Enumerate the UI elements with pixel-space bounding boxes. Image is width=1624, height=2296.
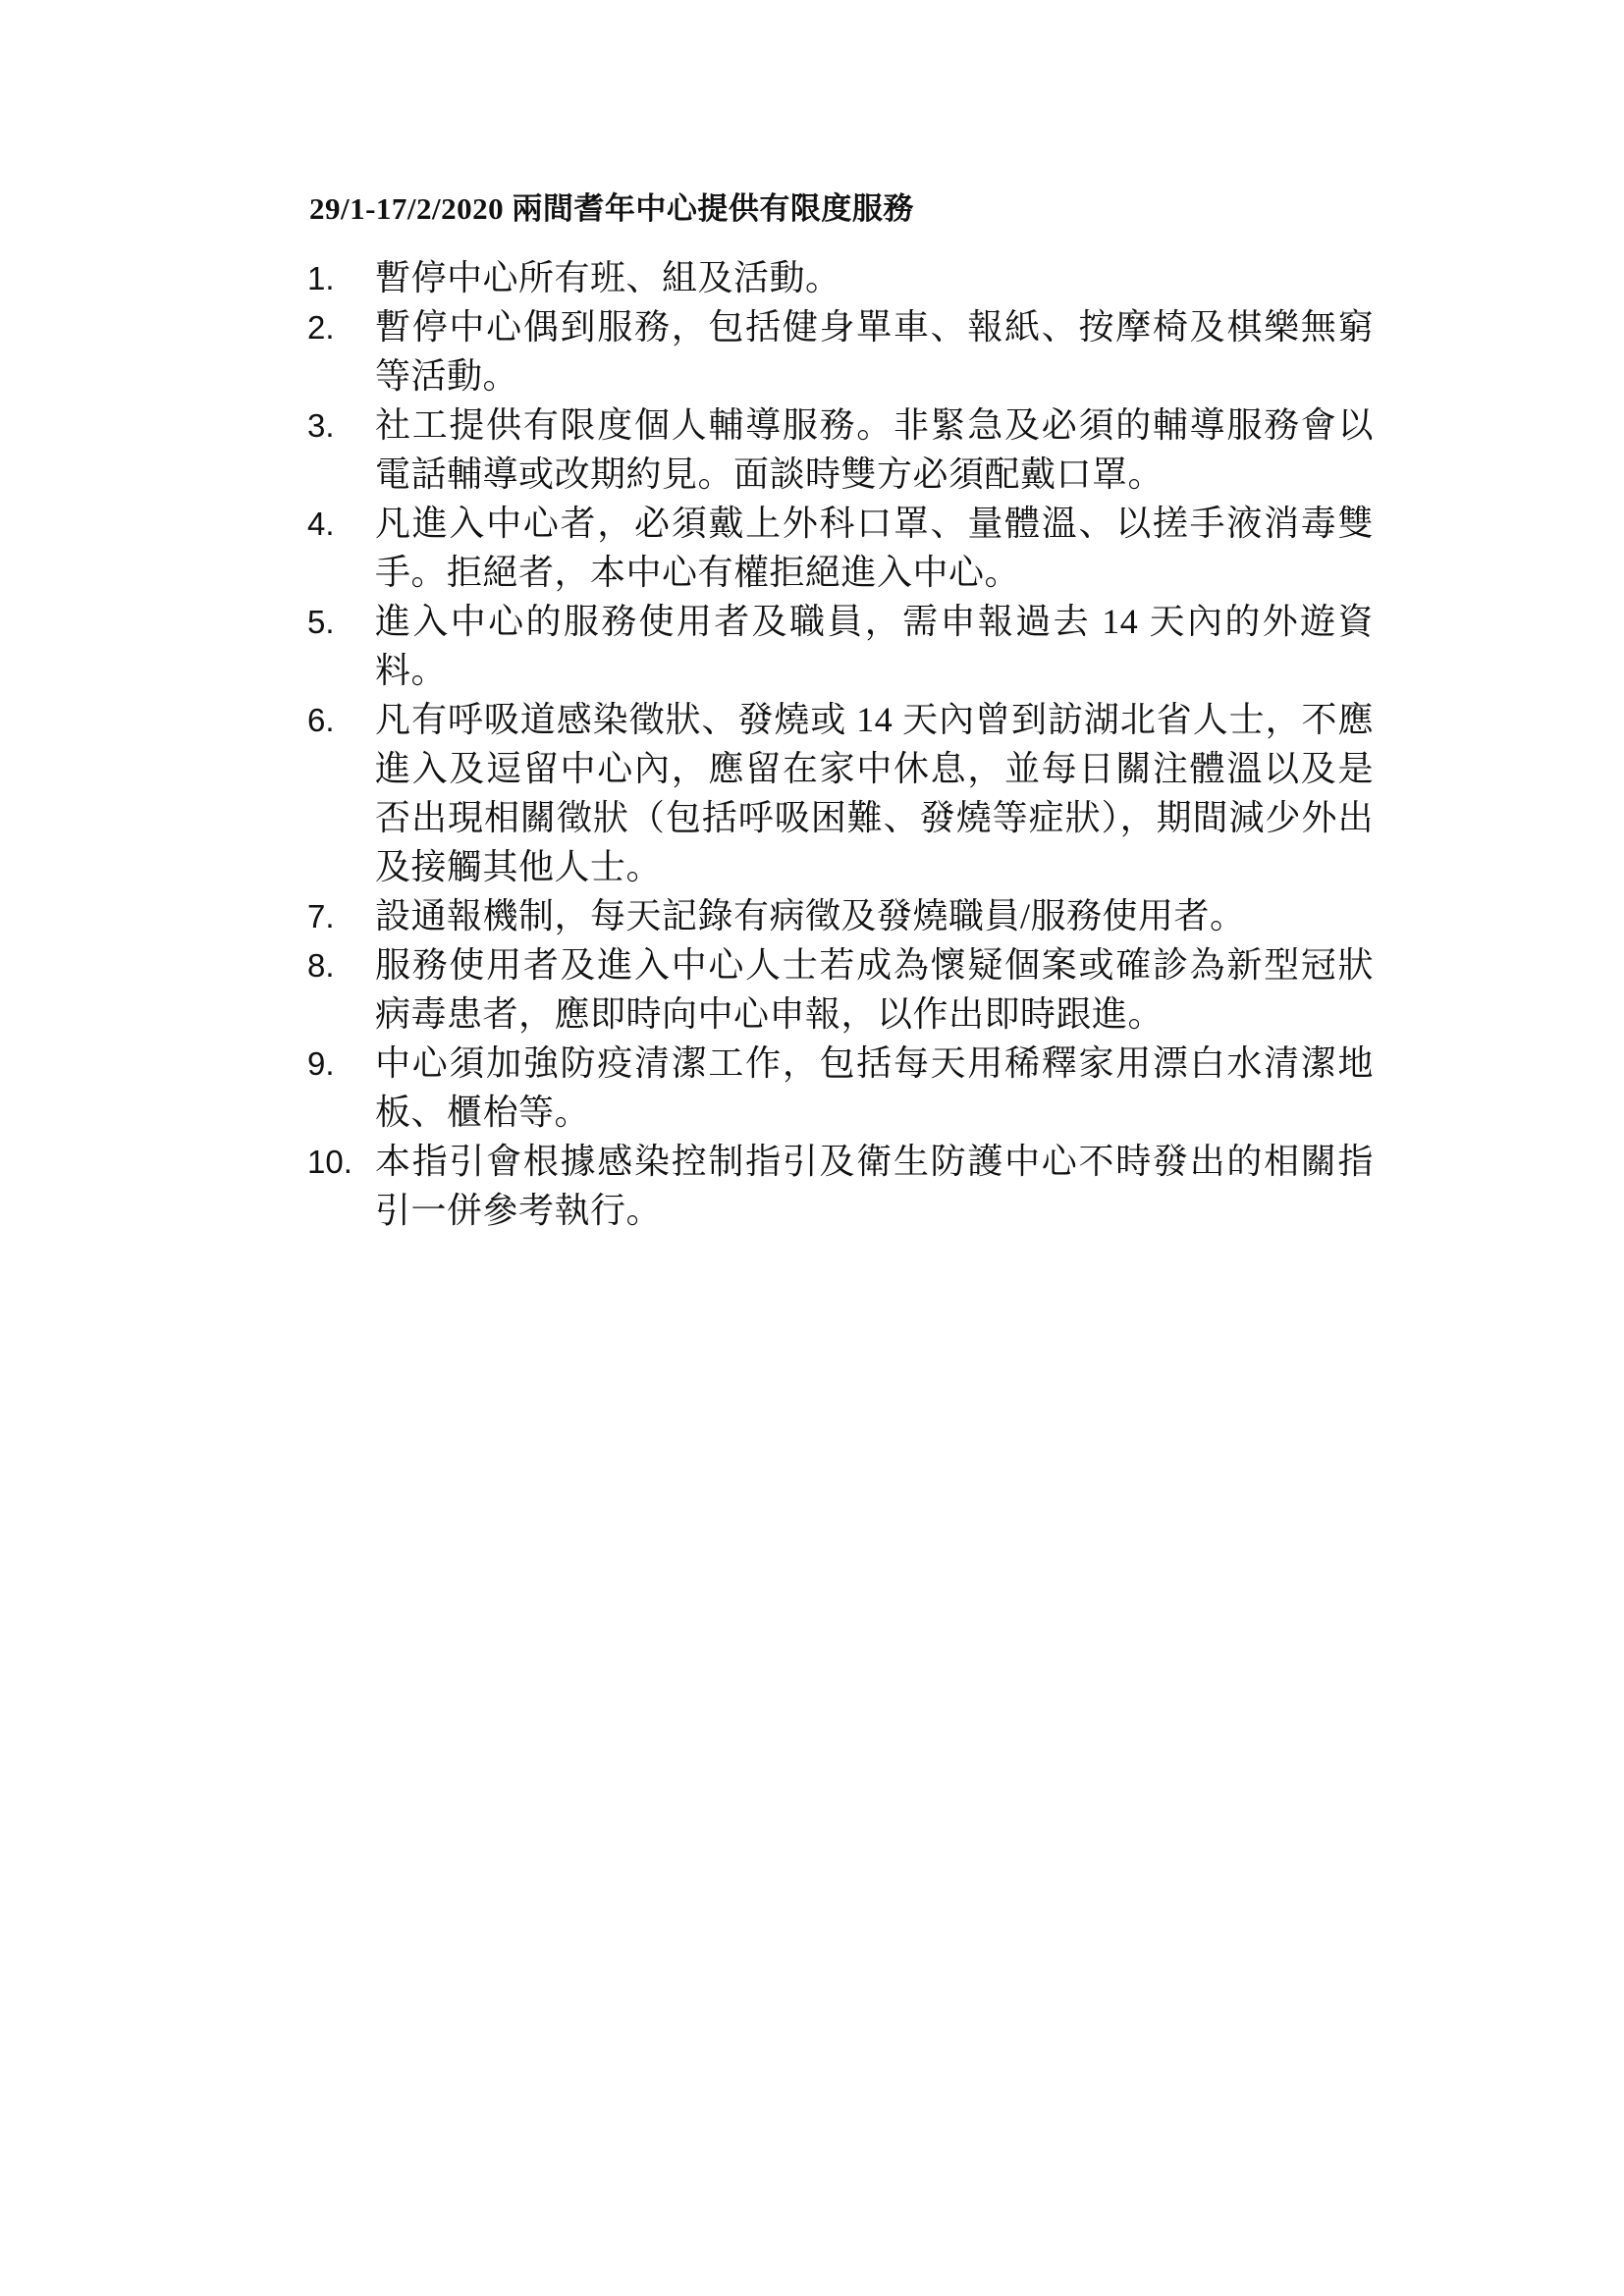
list-item: 5. 進入中心的服務使用者及職員，需申報過去 14 天內的外遊資料。 <box>307 597 1374 695</box>
document-title: 29/1-17/2/2020 兩間耆年中心提供有限度服務 <box>309 187 1374 232</box>
list-item-text: 暫停中心所有班、組及活動。 <box>375 258 841 297</box>
guideline-list: 1. 暫停中心所有班、組及活動。 2. 暫停中心偶到服務，包括健身單車、報紙、按… <box>307 253 1374 1235</box>
list-item: 4. 凡進入中心者，必須戴上外科口罩、量體溫、以搓手液消毒雙手。拒絕者，本中心有… <box>307 499 1374 597</box>
list-item-number: 4. <box>307 500 335 549</box>
list-item-text: 社工提供有限度個人輔導服務。非緊急及必須的輔導服務會以電話輔導或改期約見。面談時… <box>375 405 1374 494</box>
list-item-number: 1. <box>307 254 335 303</box>
list-item-number: 5. <box>307 598 335 647</box>
document-content: 29/1-17/2/2020 兩間耆年中心提供有限度服務 1. 暫停中心所有班、… <box>307 187 1374 1235</box>
list-item: 2. 暫停中心偶到服務，包括健身單車、報紙、按摩椅及棋樂無窮等活動。 <box>307 302 1374 400</box>
list-item: 9. 中心須加強防疫清潔工作，包括每天用稀釋家用漂白水清潔地板、櫃枱等。 <box>307 1039 1374 1137</box>
list-item: 10. 本指引會根據感染控制指引及衛生防護中心不時發出的相關指引一併參考執行。 <box>307 1137 1374 1235</box>
list-item-text: 暫停中心偶到服務，包括健身單車、報紙、按摩椅及棋樂無窮等活動。 <box>375 307 1374 396</box>
list-item-text: 設通報機制，每天記錄有病徵及發燒職員/服務使用者。 <box>375 896 1246 935</box>
list-item-text: 進入中心的服務使用者及職員，需申報過去 14 天內的外遊資料。 <box>375 602 1374 690</box>
list-item-number: 2. <box>307 303 335 352</box>
list-item-number: 9. <box>307 1040 335 1089</box>
list-item: 1. 暫停中心所有班、組及活動。 <box>307 253 1374 302</box>
list-item-text: 凡進入中心者，必須戴上外科口罩、量體溫、以搓手液消毒雙手。拒絕者，本中心有權拒絕… <box>375 504 1374 592</box>
list-item-text: 凡有呼吸道感染徵狀、發燒或 14 天內曾到訪湖北省人士，不應進入及逗留中心內，應… <box>375 700 1374 886</box>
document-page: 29/1-17/2/2020 兩間耆年中心提供有限度服務 1. 暫停中心所有班、… <box>0 0 1624 2296</box>
list-item-number: 3. <box>307 401 335 451</box>
list-item: 7. 設通報機制，每天記錄有病徵及發燒職員/服務使用者。 <box>307 891 1374 940</box>
list-item-text: 中心須加強防疫清潔工作，包括每天用稀釋家用漂白水清潔地板、櫃枱等。 <box>375 1043 1374 1132</box>
list-item-number: 10. <box>307 1138 352 1187</box>
list-item: 6. 凡有呼吸道感染徵狀、發燒或 14 天內曾到訪湖北省人士，不應進入及逗留中心… <box>307 695 1374 891</box>
list-item-number: 8. <box>307 941 335 990</box>
list-item-number: 6. <box>307 696 335 745</box>
list-item: 3. 社工提供有限度個人輔導服務。非緊急及必須的輔導服務會以電話輔導或改期約見。… <box>307 400 1374 499</box>
list-item: 8. 服務使用者及進入中心人士若成為懷疑個案或確診為新型冠狀病毒患者，應即時向中… <box>307 940 1374 1039</box>
list-item-text: 本指引會根據感染控制指引及衛生防護中心不時發出的相關指引一併參考執行。 <box>375 1142 1374 1230</box>
list-item-text: 服務使用者及進入中心人士若成為懷疑個案或確診為新型冠狀病毒患者，應即時向中心申報… <box>375 945 1374 1034</box>
list-item-number: 7. <box>307 892 335 941</box>
